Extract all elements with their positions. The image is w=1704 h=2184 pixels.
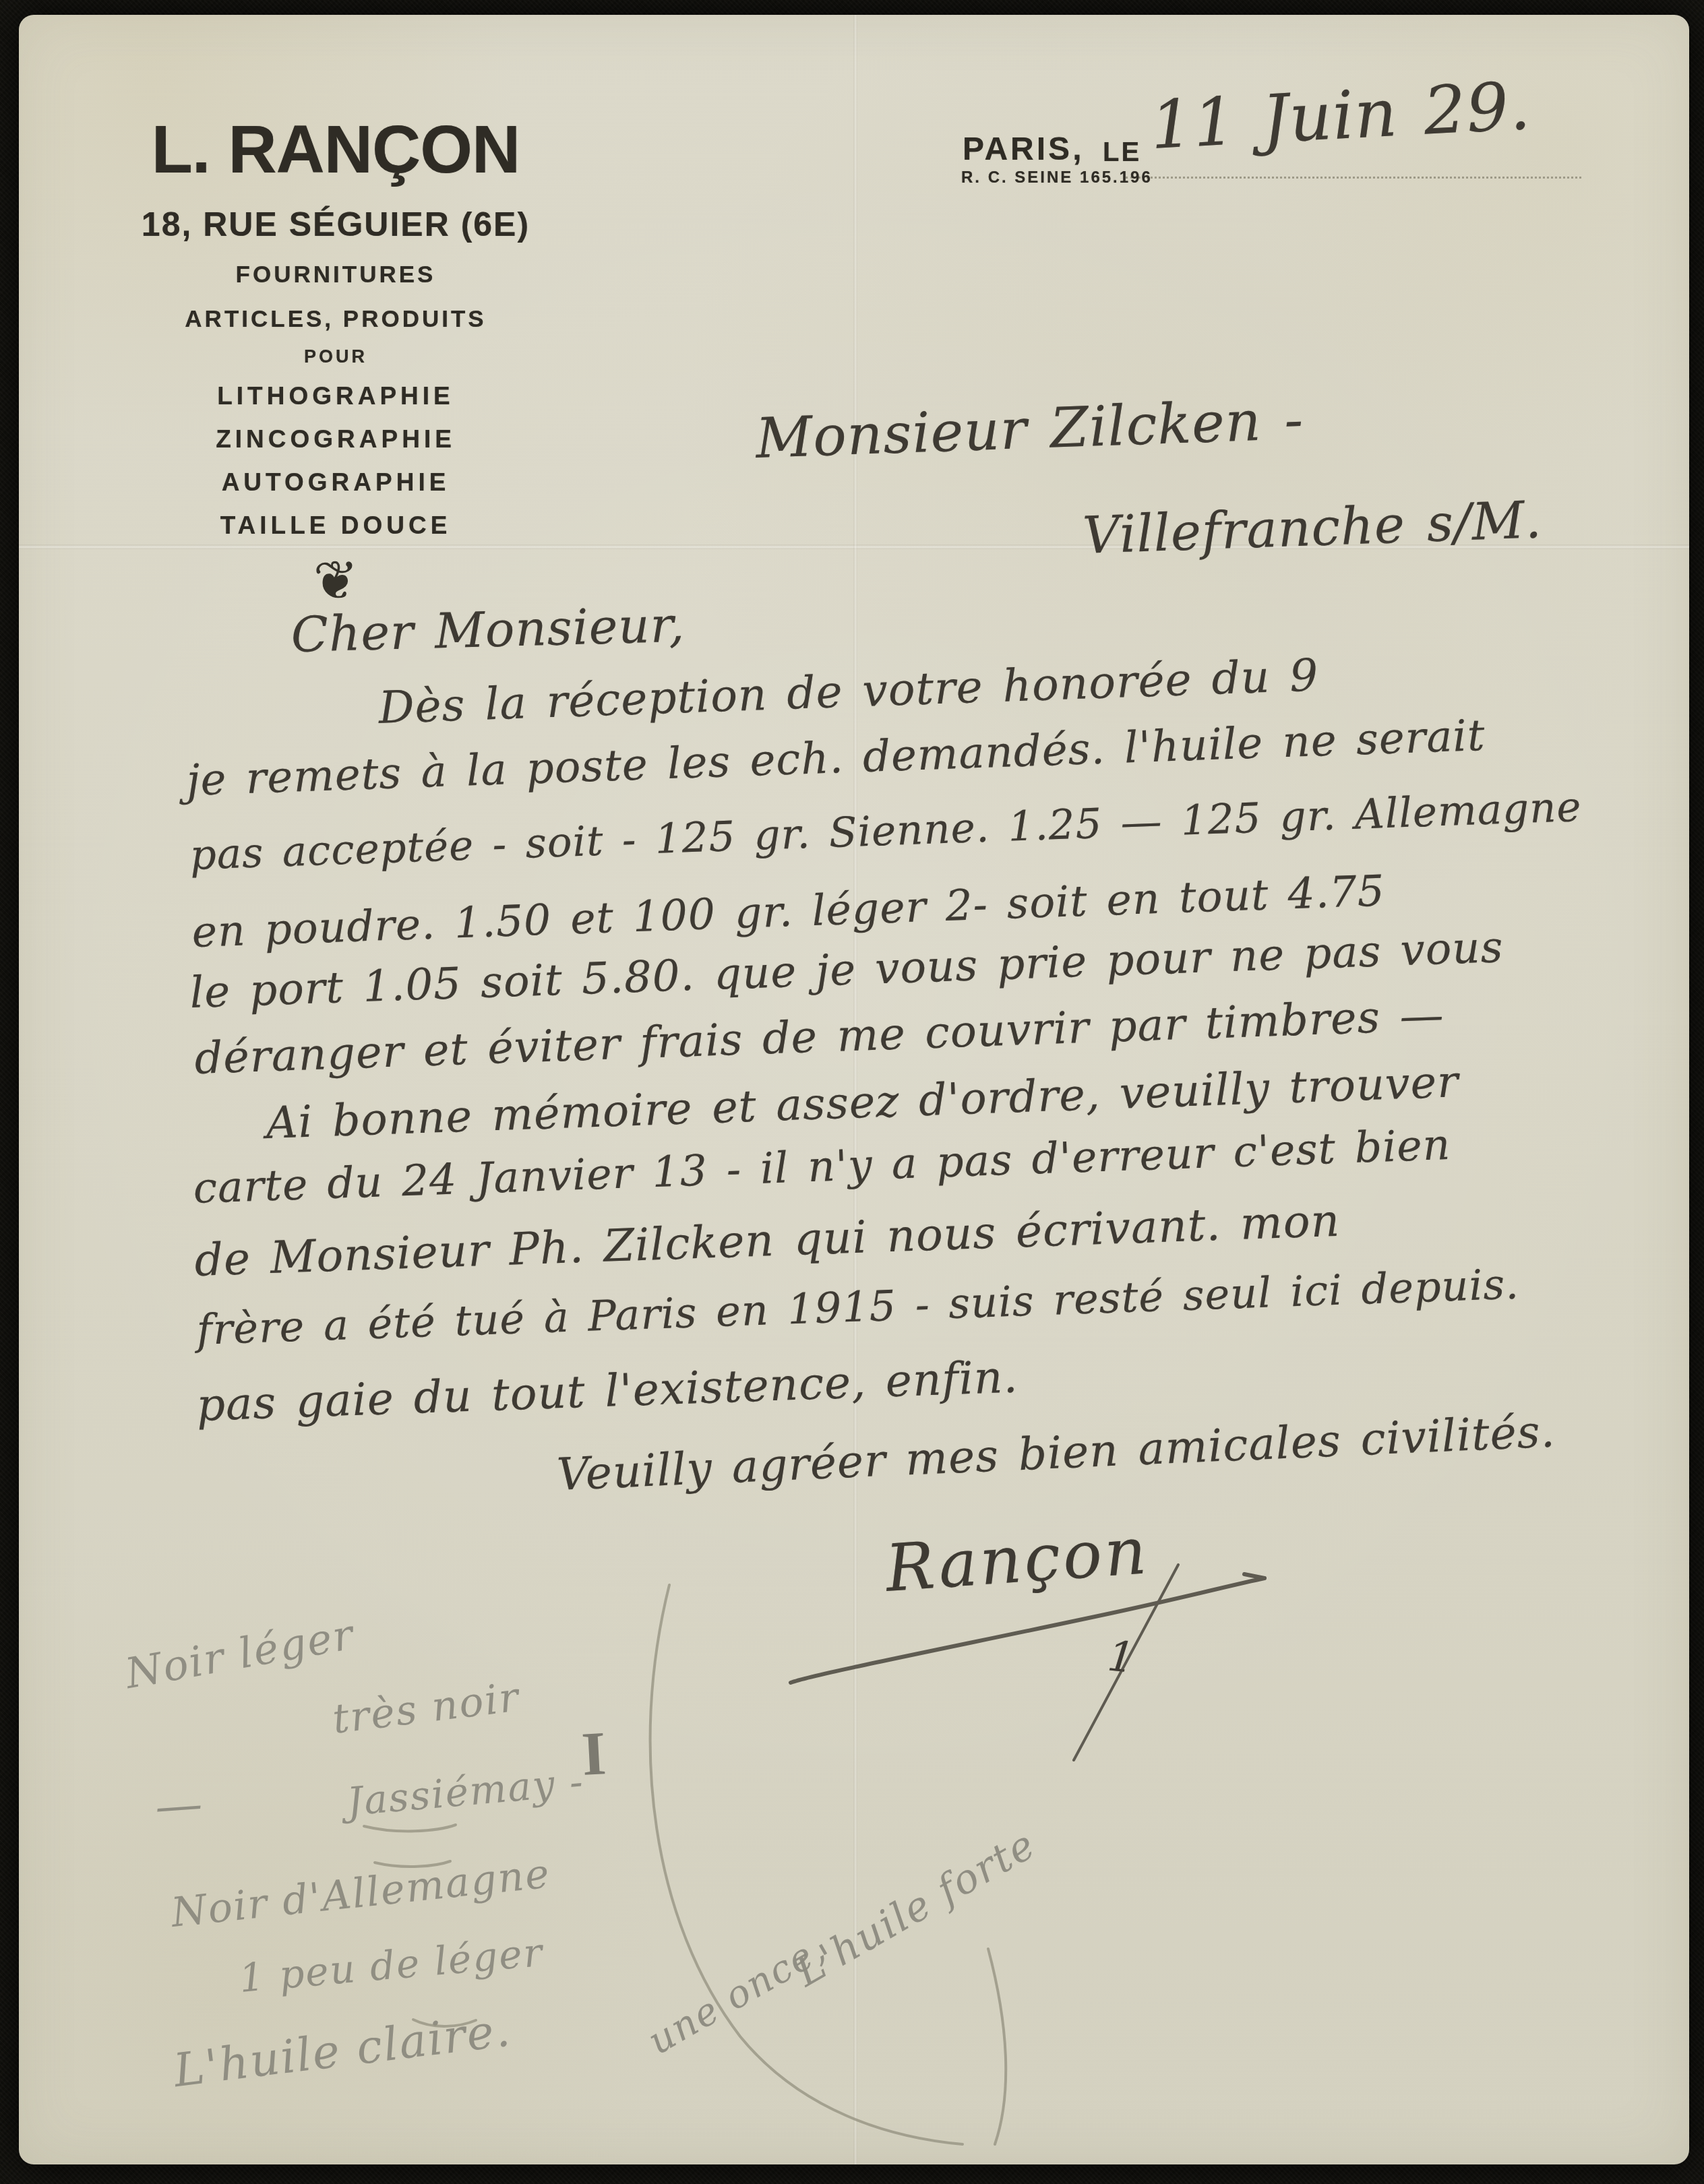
signature-mark: 1 [1105,1631,1138,1683]
pencil-note-peu-de-leger: 1 peu de léger [237,1929,545,2001]
letterhead-line-taille-douce: TAILLE DOUCE [100,511,572,540]
letterhead-line-lithographie: LITHOGRAPHIE [100,382,572,410]
scanned-letter-photo: L. RANÇON 18, RUE SÉGUIER (6E) FOURNITUR… [0,0,1704,2184]
letterhead-line-fournitures: FOURNITURES [100,261,572,288]
closing-line: Veuilly agréer mes bien amicales civilit… [556,1405,1556,1501]
letterhead: L. RANÇON 18, RUE SÉGUIER (6E) FOURNITUR… [100,116,572,612]
pencil-dash: — [153,1776,206,1834]
letterhead-line-articles: ARTICLES, PRODUITS [100,306,572,333]
company-name: L. RANÇON [100,116,572,183]
body-line: pas gaie du tout l'existence, enfin. [195,1350,1018,1431]
letterhead-line-zincographie: ZINCOGRAPHIE [100,425,572,454]
salutation: Cher Monsieur, [291,596,686,663]
pencil-note-noir-leger: Noir léger [121,1609,358,1698]
pencil-marker-roman-one: I [580,1717,609,1790]
pencil-note-huile-claire: L'huile claire. [171,2003,514,2098]
letterhead-line-autographie: AUTOGRAPHIE [100,468,572,497]
recipient-place: Villefranche s/M. [1082,489,1543,565]
pencil-note-huile-forte: L'huile forte [787,1821,1044,1996]
letterhead-line-pour: POUR [100,346,572,367]
recipient-name: Monsieur Zilcken - [755,388,1305,471]
dateline-city: PARIS, [963,131,1084,168]
company-address: 18, RUE SÉGUIER (6E) [100,205,572,244]
pencil-note-tres-noir: très noir [330,1674,522,1743]
registration-number: R. C. SEINE 165.196 [961,168,1153,187]
handwritten-date: 11 Juin 29. [1149,68,1533,164]
fleuron-icon: ❦ [313,549,358,612]
dateline-le: LE [1103,137,1141,168]
signature: Rançon [883,1513,1151,1606]
letter-paper: L. RANÇON 18, RUE SÉGUIER (6E) FOURNITUR… [19,15,1689,2164]
dotted-date-rule [1126,177,1581,179]
pencil-note-noir-allemagne: Noir d'Allemagne [169,1850,553,1937]
pencil-note-jassiemay: Jassiémay - [345,1759,586,1825]
